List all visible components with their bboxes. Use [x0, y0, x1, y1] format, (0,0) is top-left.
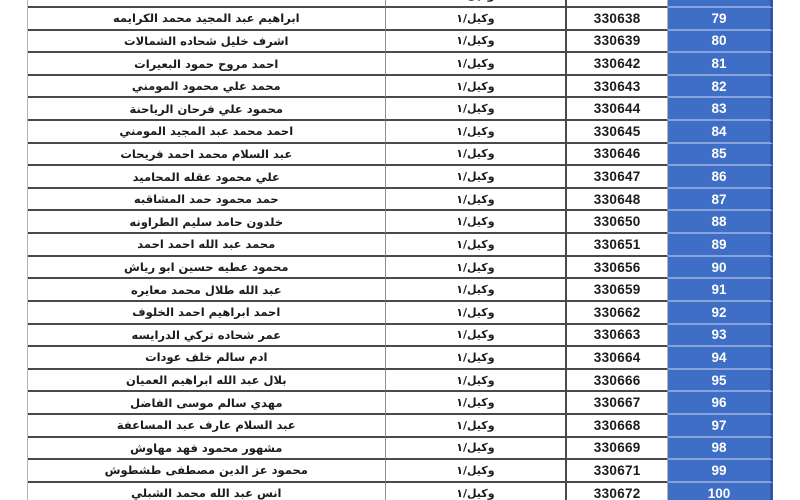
name-cell: محمد علي محمود المومني — [28, 76, 386, 99]
name-cell: محمد عبد الله احمد احمد — [28, 234, 386, 257]
name-cell: مشهور محمود فهد مهاوش — [28, 438, 386, 461]
rank-cell: 93 — [668, 325, 773, 348]
table-row: محمد علي محمود المومنيوكيل/١33064382 — [28, 76, 773, 99]
id-cell: 330650 — [567, 211, 668, 234]
rank-cell: 100 — [668, 483, 773, 500]
role-cell: وكيل/١ — [386, 0, 568, 8]
name-cell: خلدون حامد سليم الطراونه — [28, 211, 386, 234]
id-cell: 330643 — [567, 76, 668, 99]
role-cell: وكيل/١ — [386, 121, 568, 144]
role-cell: وكيل/١ — [386, 415, 568, 438]
rank-cell: 81 — [668, 53, 773, 76]
id-cell: 330666 — [567, 370, 668, 393]
table-row: احمد مروح حمود البعيراتوكيل/١33064281 — [28, 53, 773, 76]
name-cell: حمد محمود حمد المشاقبه — [28, 189, 386, 212]
table-row: عبد السلام عارف عبد المساعفةوكيل/١330668… — [28, 415, 773, 438]
name-cell: اشرف خليل شحاده الشمالات — [28, 31, 386, 54]
role-cell: وكيل/١ — [386, 189, 568, 212]
rank-cell: 99 — [668, 460, 773, 483]
id-cell: 330669 — [567, 438, 668, 461]
id-cell: 330639 — [567, 31, 668, 54]
id-cell: 330636 — [567, 0, 668, 8]
role-cell: وكيل/١ — [386, 279, 568, 302]
agents-table: وكيل/١33063678ابراهيم عبد المجيد محمد ال… — [27, 0, 773, 500]
rank-cell: 79 — [668, 8, 773, 31]
name-cell: احمد مروح حمود البعيرات — [28, 53, 386, 76]
rank-cell: 98 — [668, 438, 773, 461]
table-row: احمد محمد عبد المجيد المومنيوكيل/١330645… — [28, 121, 773, 144]
name-cell: عمر شحاده تركي الدرايسه — [28, 325, 386, 348]
role-cell: وكيل/١ — [386, 76, 568, 99]
table-row: ادم سالم خلف عوداتوكيل/١33066494 — [28, 347, 773, 370]
rank-cell: 89 — [668, 234, 773, 257]
table-row: عبد السلام محمد احمد فريحاتوكيل/١3306468… — [28, 144, 773, 167]
rank-cell: 92 — [668, 302, 773, 325]
role-cell: وكيل/١ — [386, 302, 568, 325]
rank-cell: 97 — [668, 415, 773, 438]
name-cell: احمد ابراهيم احمد الخلوف — [28, 302, 386, 325]
table-row: وكيل/١33063678 — [28, 0, 773, 8]
rank-cell: 96 — [668, 392, 773, 415]
id-cell: 330642 — [567, 53, 668, 76]
table-row: محمود علي فرحان الرياحنةوكيل/١33064483 — [28, 98, 773, 121]
id-cell: 330667 — [567, 392, 668, 415]
table-row: عمر شحاده تركي الدرايسهوكيل/١33066393 — [28, 325, 773, 348]
name-cell: عبد السلام عارف عبد المساعفة — [28, 415, 386, 438]
id-cell: 330644 — [567, 98, 668, 121]
table-row: انس عبد الله محمد الشبليوكيل/١330672100 — [28, 483, 773, 500]
rank-cell: 85 — [668, 144, 773, 167]
role-cell: وكيل/١ — [386, 31, 568, 54]
table-row: ابراهيم عبد المجيد محمد الكرايمهوكيل/١33… — [28, 8, 773, 31]
role-cell: وكيل/١ — [386, 460, 568, 483]
role-cell: وكيل/١ — [386, 8, 568, 31]
table-row: محمد عبد الله احمد احمدوكيل/١33065189 — [28, 234, 773, 257]
table-row: مهدي سالم موسى الفاضلوكيل/١33066796 — [28, 392, 773, 415]
role-cell: وكيل/١ — [386, 438, 568, 461]
table-row: محمود عطيه حسين ابو رياشوكيل/١33065690 — [28, 257, 773, 280]
name-cell: محمود عز الدين مصطفى طشطوش — [28, 460, 386, 483]
role-cell: وكيل/١ — [386, 392, 568, 415]
rank-cell: 80 — [668, 31, 773, 54]
role-cell: وكيل/١ — [386, 211, 568, 234]
role-cell: وكيل/١ — [386, 53, 568, 76]
id-cell: 330672 — [567, 483, 668, 500]
role-cell: وكيل/١ — [386, 257, 568, 280]
role-cell: وكيل/١ — [386, 370, 568, 393]
table-row: مشهور محمود فهد مهاوشوكيل/١33066998 — [28, 438, 773, 461]
table-row: حمد محمود حمد المشاقبهوكيل/١33064887 — [28, 189, 773, 212]
id-cell: 330664 — [567, 347, 668, 370]
table-row: محمود عز الدين مصطفى طشطوشوكيل/١33067199 — [28, 460, 773, 483]
role-cell: وكيل/١ — [386, 166, 568, 189]
name-cell: ابراهيم عبد المجيد محمد الكرايمه — [28, 8, 386, 31]
id-cell: 330662 — [567, 302, 668, 325]
name-cell: بلال عبد الله ابراهيم العميان — [28, 370, 386, 393]
role-cell: وكيل/١ — [386, 234, 568, 257]
name-cell: احمد محمد عبد المجيد المومني — [28, 121, 386, 144]
rank-cell: 86 — [668, 166, 773, 189]
name-cell — [28, 0, 386, 8]
role-cell: وكيل/١ — [386, 347, 568, 370]
id-cell: 330647 — [567, 166, 668, 189]
role-cell: وكيل/١ — [386, 483, 568, 500]
role-cell: وكيل/١ — [386, 98, 568, 121]
rank-cell: 87 — [668, 189, 773, 212]
rank-cell: 90 — [668, 257, 773, 280]
role-cell: وكيل/١ — [386, 325, 568, 348]
table-row: احمد ابراهيم احمد الخلوفوكيل/١33066292 — [28, 302, 773, 325]
table-row: اشرف خليل شحاده الشمالاتوكيل/١33063980 — [28, 31, 773, 54]
name-cell: محمود عطيه حسين ابو رياش — [28, 257, 386, 280]
name-cell: مهدي سالم موسى الفاضل — [28, 392, 386, 415]
rank-cell: 88 — [668, 211, 773, 234]
name-cell: عبد السلام محمد احمد فريحات — [28, 144, 386, 167]
name-cell: ادم سالم خلف عودات — [28, 347, 386, 370]
name-cell: عبد الله طلال محمد معايره — [28, 279, 386, 302]
table-row: عبد الله طلال محمد معايرهوكيل/١33065991 — [28, 279, 773, 302]
id-cell: 330671 — [567, 460, 668, 483]
rank-cell: 78 — [668, 0, 773, 8]
name-cell: علي محمود عقله المحاميد — [28, 166, 386, 189]
rank-cell: 83 — [668, 98, 773, 121]
table-row: بلال عبد الله ابراهيم العميانوكيل/١33066… — [28, 370, 773, 393]
role-cell: وكيل/١ — [386, 144, 568, 167]
id-cell: 330645 — [567, 121, 668, 144]
id-cell: 330668 — [567, 415, 668, 438]
id-cell: 330638 — [567, 8, 668, 31]
id-cell: 330651 — [567, 234, 668, 257]
id-cell: 330663 — [567, 325, 668, 348]
rank-cell: 95 — [668, 370, 773, 393]
name-cell: انس عبد الله محمد الشبلي — [28, 483, 386, 500]
rank-cell: 82 — [668, 76, 773, 99]
document-page: وكيل/١33063678ابراهيم عبد المجيد محمد ال… — [0, 0, 800, 500]
rank-cell: 94 — [668, 347, 773, 370]
id-cell: 330646 — [567, 144, 668, 167]
name-cell: محمود علي فرحان الرياحنة — [28, 98, 386, 121]
table-row: علي محمود عقله المحاميدوكيل/١33064786 — [28, 166, 773, 189]
rank-cell: 91 — [668, 279, 773, 302]
table-row: خلدون حامد سليم الطراونهوكيل/١33065088 — [28, 211, 773, 234]
id-cell: 330656 — [567, 257, 668, 280]
id-cell: 330659 — [567, 279, 668, 302]
id-cell: 330648 — [567, 189, 668, 212]
rank-cell: 84 — [668, 121, 773, 144]
